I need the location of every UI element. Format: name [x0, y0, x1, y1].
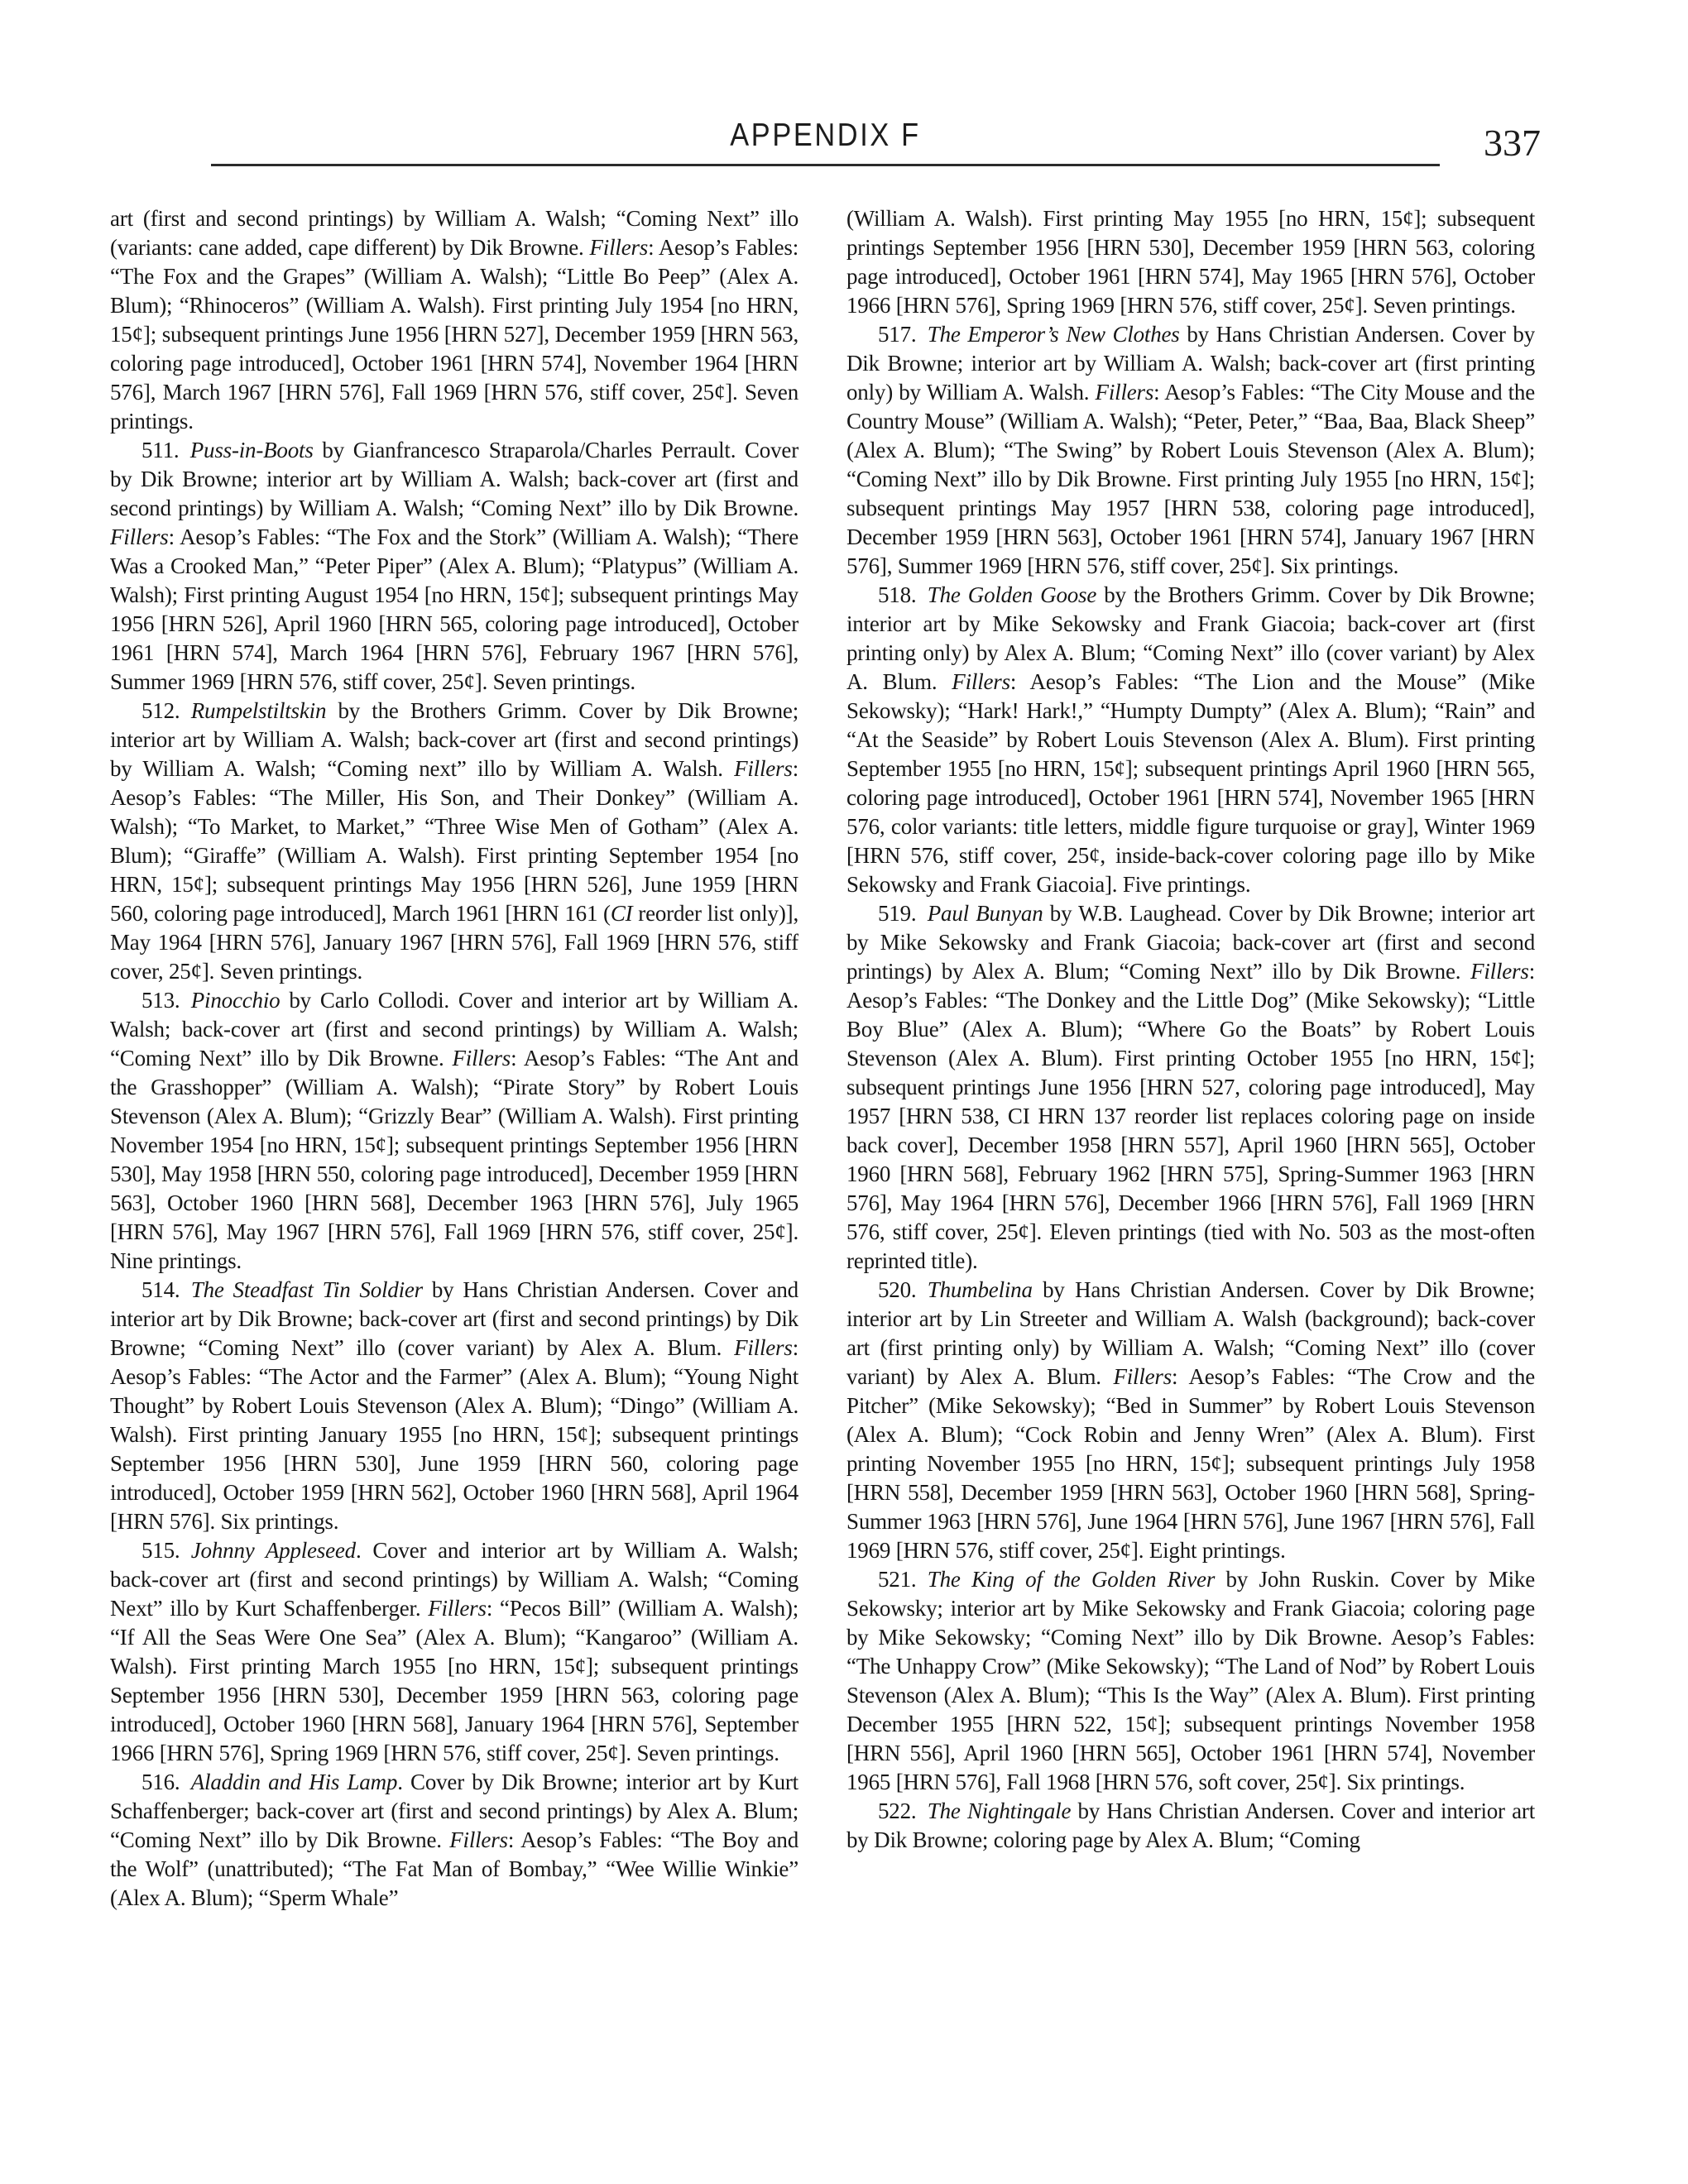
entry-519: 519. Paul Bunyan by W.B. Laughead. Cover… [846, 899, 1535, 1276]
body-text: : “Pecos Bill” (William A. Walsh); “If A… [110, 1596, 798, 1765]
italic-text: CI [611, 901, 633, 926]
continuation-paragraph: art (first and second printings) by Will… [110, 204, 798, 436]
body-text: : Aesop’s Fables: “The Donkey and the Li… [846, 959, 1535, 1273]
body-text: (William A. Walsh). First printing May 1… [846, 206, 1535, 318]
italic-text: Fillers [734, 756, 793, 781]
italic-text: Thumbelina [928, 1277, 1033, 1302]
italic-text: Aladdin and His Lamp [191, 1770, 397, 1794]
body-text: 512. [141, 698, 191, 723]
entry-513: 513. Pinocchio by Carlo Collodi. Cover a… [110, 986, 798, 1276]
body-text: : Aesop’s Fables: “The Fox and the Grape… [110, 235, 798, 433]
column-right: (William A. Walsh). First printing May 1… [846, 204, 1535, 2034]
book-page: APPENDIX F 337 art (first and second pri… [0, 0, 1688, 2184]
body-text: : Aesop’s Fables: “The City Mouse and th… [846, 380, 1535, 578]
column-left: art (first and second printings) by Will… [110, 204, 798, 2034]
italic-text: The Nightingale [928, 1798, 1071, 1823]
entry-522: 522. The Nightingale by Hans Christian A… [846, 1797, 1535, 1855]
body-text: 518. [878, 582, 928, 607]
italic-text: Fillers [734, 1335, 793, 1360]
entry-515: 515. Johnny Appleseed. Cover and interio… [110, 1536, 798, 1768]
italic-text: Johnny Appleseed [191, 1538, 356, 1563]
entry-514: 514. The Steadfast Tin Soldier by Hans C… [110, 1276, 798, 1536]
body-text: 515. [141, 1538, 191, 1563]
entry-512: 512. Rumpelstiltskin by the Brothers Gri… [110, 697, 798, 986]
italic-text: Fillers [1096, 380, 1154, 405]
entry-511: 511. Puss-in-Boots by Gianfrancesco Stra… [110, 436, 798, 697]
italic-text: The Golden Goose [928, 582, 1096, 607]
italic-text: The Steadfast Tin Soldier [191, 1277, 423, 1302]
italic-text: Fillers [952, 669, 1010, 694]
entry-520: 520. Thumbelina by Hans Christian Anders… [846, 1276, 1535, 1565]
italic-text: Fillers [1470, 959, 1529, 984]
italic-text: The King of the Golden River [928, 1567, 1215, 1592]
body-text: by John Ruskin. Cover by Mike Sekowsky; … [846, 1567, 1535, 1794]
body-text: 516. [141, 1770, 191, 1794]
body-text: 511. [141, 438, 190, 462]
body-text: 517. [878, 322, 928, 347]
text-columns: art (first and second printings) by Will… [110, 204, 1535, 2034]
body-text: : Aesop’s Fables: “The Actor and the Far… [110, 1335, 798, 1534]
entry-518: 518. The Golden Goose by the Brothers Gr… [846, 581, 1535, 899]
body-text: : Aesop’s Fables: “The Fox and the Stork… [110, 524, 798, 694]
italic-text: The Emperor’s New Clothes [928, 322, 1180, 347]
entry-521: 521. The King of the Golden River by Joh… [846, 1565, 1535, 1797]
header-rule [211, 164, 1440, 166]
page-title: APPENDIX F [285, 118, 1366, 153]
body-text: : Aesop’s Fables: “The Ant and the Grass… [110, 1046, 798, 1273]
body-text: : Aesop’s Fables: “The Crow and the Pitc… [846, 1364, 1535, 1563]
italic-text: Paul Bunyan [928, 901, 1043, 926]
body-text: 521. [878, 1567, 928, 1592]
italic-text: Fillers [590, 235, 649, 260]
italic-text: Fillers [1113, 1364, 1172, 1389]
body-text: 513. [141, 988, 191, 1013]
italic-text: Fillers [110, 524, 169, 549]
italic-text: Pinocchio [191, 988, 281, 1013]
body-text: 520. [878, 1277, 928, 1302]
italic-text: Fillers [449, 1827, 508, 1852]
body-text: 522. [878, 1798, 928, 1823]
entry-516-continued: (William A. Walsh). First printing May 1… [846, 204, 1535, 320]
italic-text: Fillers [428, 1596, 487, 1621]
page-number: 337 [1407, 124, 1541, 162]
entry-516: 516. Aladdin and His Lamp. Cover by Dik … [110, 1768, 798, 1913]
italic-text: Rumpelstiltskin [191, 698, 326, 723]
body-text: 514. [141, 1277, 191, 1302]
body-text: : Aesop’s Fables: “The Lion and the Mous… [846, 669, 1535, 897]
body-text: 519. [878, 901, 928, 926]
entry-517: 517. The Emperor’s New Clothes by Hans C… [846, 320, 1535, 581]
italic-text: Puss-in-Boots [190, 438, 314, 462]
italic-text: Fillers [453, 1046, 511, 1070]
